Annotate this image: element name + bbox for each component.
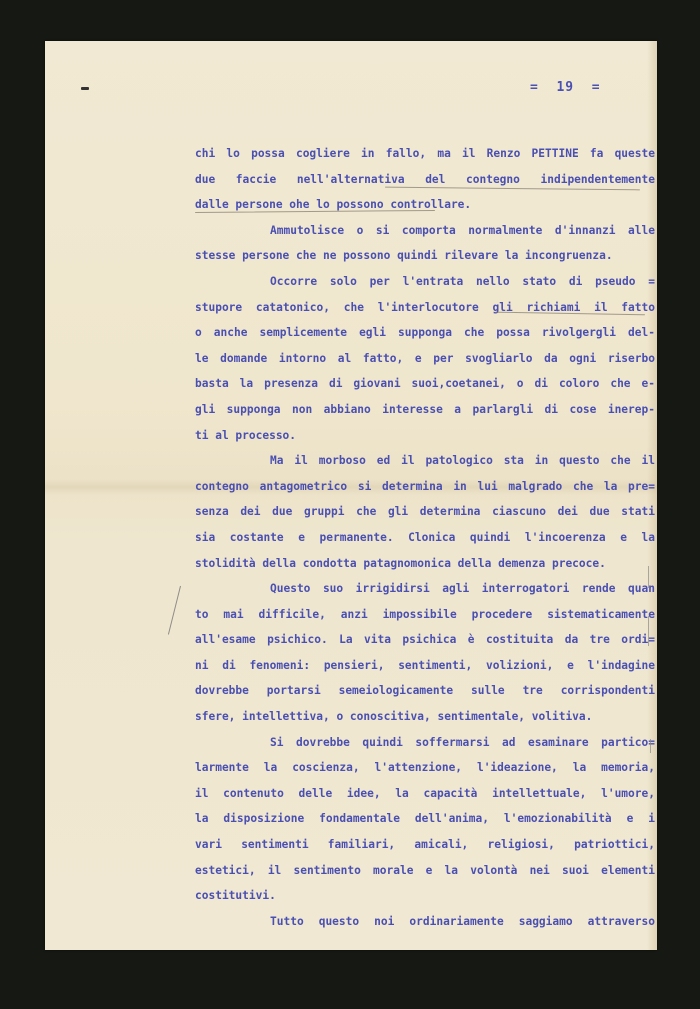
text-line: dalle persone ohe lo possono controllare… [195,192,655,218]
text-line: Si dovrebbe quindi soffermarsi ad esamin… [195,730,655,756]
text-line: il contenuto delle idee, la capacità int… [195,781,655,807]
pencil-margin-stroke [168,586,181,635]
text-line: ni di fenomeni: pensieri, sentimenti, vo… [195,653,655,679]
text-line: sia costante e permanente. Clonica quind… [195,525,655,551]
text-line: gli supponga non abbiano interesse a par… [195,397,655,423]
text-line: costitutivi. [195,883,655,909]
margin-mark [650,739,651,753]
text-line: estetici, il sentimento morale e la volo… [195,858,655,884]
text-line: le domande intorno al fatto, e per svogl… [195,346,655,372]
text-line: o anche semplicemente egli supponga che … [195,320,655,346]
text-line: dovrebbe portarsi semeiologicamente sull… [195,678,655,704]
text-line: larmente la coscienza, l'attenzione, l'i… [195,755,655,781]
text-line: stupore catatonico, che l'interlocutore … [195,295,655,321]
text-line: chi lo possa cogliere in fallo, ma il Re… [195,141,655,167]
text-line: la disposizione fondamentale dell'anima,… [195,806,655,832]
text-line: sfere, intellettiva, o conoscitiva, sent… [195,704,655,730]
text-line: Questo suo irrigidirsi agli interrogator… [195,576,655,602]
text-line: basta la presenza di giovani suoi,coetan… [195,371,655,397]
text-line: vari sentimenti familiari, amicali, reli… [195,832,655,858]
margin-mark [648,616,649,646]
document-page: = 19 = chi lo possa cogliere in fallo, m… [45,41,657,950]
text-line: ti al processo. [195,423,655,449]
page-number: = 19 = [530,80,601,95]
text-line: stolidità della condotta patagnomonica d… [195,551,655,577]
text-line: Ammutolisce o si comporta normalmente d'… [195,218,655,244]
text-line: Tutto questo noi ordinariamente saggiamo… [195,909,655,935]
text-line: Ma il morboso ed il patologico sta in qu… [195,448,655,474]
text-line: stesse persone che ne possono quindi ril… [195,243,655,269]
text-line: senza dei due gruppi che gli determina c… [195,499,655,525]
margin-mark-icon [81,87,89,90]
typewritten-body: chi lo possa cogliere in fallo, ma il Re… [195,141,655,934]
text-line: contegno antagometrico si determina in l… [195,474,655,500]
text-line: to mai difficile, anzi impossibile proce… [195,602,655,628]
text-line: all'esame psichico. La vita psichica è c… [195,627,655,653]
text-line: Occorre solo per l'entrata nello stato d… [195,269,655,295]
margin-mark [648,566,649,588]
